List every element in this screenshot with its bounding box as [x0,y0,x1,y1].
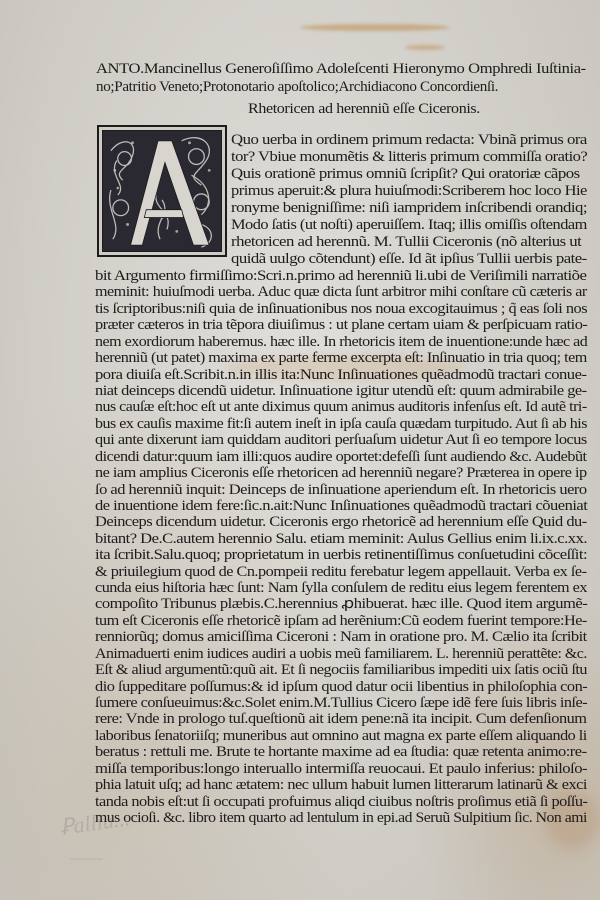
text-line: Eſt & aliud argumentũ:quũ ait. Et ſi neg… [95,662,587,678]
text-line: beratus : rettuli me. Brute te hortante … [95,744,587,760]
text-line: primus aperuit:& plura huiuſmodi:Scriber… [231,183,587,200]
text-line: & priuilegium quod de Cn.pompeii reditu … [95,564,586,580]
text-line: pora diuiſa eſt.Scribit.n.in illis ita:N… [95,367,587,383]
text-line: Animaduerti enim iudices audiri a uobis … [95,646,587,662]
text-line: qui ante dixerunt iam quiddam auditori p… [95,432,587,448]
text-line: ita ſcribit.Salu.quoq; proprietatum in u… [95,547,587,563]
text-line: nem exordiorum haberemus. hæc ille. In r… [95,334,587,350]
decorated-initial-a-icon [97,125,227,257]
ink-stain-top-small [405,45,445,50]
text-line: præter cæteros in tria tẽpora diuiſimus … [95,317,587,333]
ink-stain-top [300,24,450,31]
text-line: compoſito Tribunus plæbis.C.herennius ꝓh… [95,596,587,612]
text-line: bus ex cauſis maxime fit:ſi autem ineſt … [95,416,587,432]
text-line: dicendi datur:quum iam illi:quos audire … [95,449,587,465]
text-line: ſo ad herenniũ inquit: Deinceps de inſin… [95,482,587,498]
text-line: herenniũ (ut patet) maxima ex parte ferm… [95,350,587,366]
dedication-header: ANTO.Mancinellus Generoſiſſimo Adoleſcen… [96,60,586,96]
section-title: Rhetoricen ad herenniũ eſſe Ciceronis. [248,100,480,118]
text-line: cunda eius hiſtoria hæc ſunt: Nam ſylla … [95,580,587,596]
text-line: ronyme benigniſſime: niſi iampridem inſc… [231,200,587,217]
text-line: tanda nobis eſt:ut ſi occupati profuimus… [95,794,587,810]
text-line: Modo ſatis (ut noſti) aperuiſſem. Itaq; … [231,217,587,234]
text-line: niat deinceps dicendũ uidetur. Inſinuati… [95,383,587,399]
text-line: nus cauſæ eſt:hoc eſt ut ante diximus qu… [95,399,587,415]
text-line: rere: Vnde in prologo tuſ.queſtionũ ait … [95,711,586,727]
text-line: de inuentione idem fere:ſic.n.ait:Nunc I… [95,498,587,514]
text-line: tum eſt Ciceronis eſſe rhetoricẽ ipſam a… [95,613,587,629]
text-line: Deinceps dicendum uidetur. Ciceronis erg… [95,514,587,530]
text-line: Quis orationẽ primus omniũ ſcripſit? Qui… [231,166,580,183]
text-line: ſumere conſueuimus:&c.Solet enim.M.Tulli… [95,695,587,711]
text-line: miſſa temporibus:longo interuallo interm… [95,761,587,777]
text-line: bitant? De.C.autem herennio Salu. etiam … [95,531,587,547]
dedication-line: no;Patritio Veneto;Protonotario apoſtoli… [96,78,498,96]
text-line: tis ſcriptoribus:niſi quia de inſinuatio… [95,301,587,317]
text-line: renniorũq; domus amiciſſima Ciceroni : N… [95,629,587,645]
vine-ornament-icon [103,131,221,251]
dedication-line: ANTO.Mancinellus Generoſiſſimo Adoleſcen… [96,60,586,78]
text-line: dio ſuppeditare poſſumus:& id ipſum quod… [95,679,587,695]
text-line: ne iam amplius Ciceronis eſſe rhetoricen… [95,465,587,481]
text-line: mus ocioſi. &c. libro item quarto ad len… [95,810,587,826]
text-line: rhetoricen ad herennũ. M. Tullii Ciceron… [231,234,581,251]
text-line: meminit: huiuſmodi uerba. Aduc quæ dicta… [95,284,587,300]
text-line: phia latuit uſq; ad hanc ætatem: nec ull… [95,777,587,793]
text-line: tor? Vbiue monumẽtis & litteris primum c… [231,149,587,166]
faint-inscription: ~~~~~ [70,852,102,867]
text-line: bit Argumento firmiſſimo:Scri.n.primo ad… [95,268,586,284]
text-line: quidã uulgo cõtendunt) eſſe. Id ãt ipſiu… [231,251,587,268]
text-line: laboribus ſenatoriiſq; muneribus aut omn… [95,728,587,744]
text-line: Quo uerba in ordinem primum redacta: Vbi… [231,132,587,149]
